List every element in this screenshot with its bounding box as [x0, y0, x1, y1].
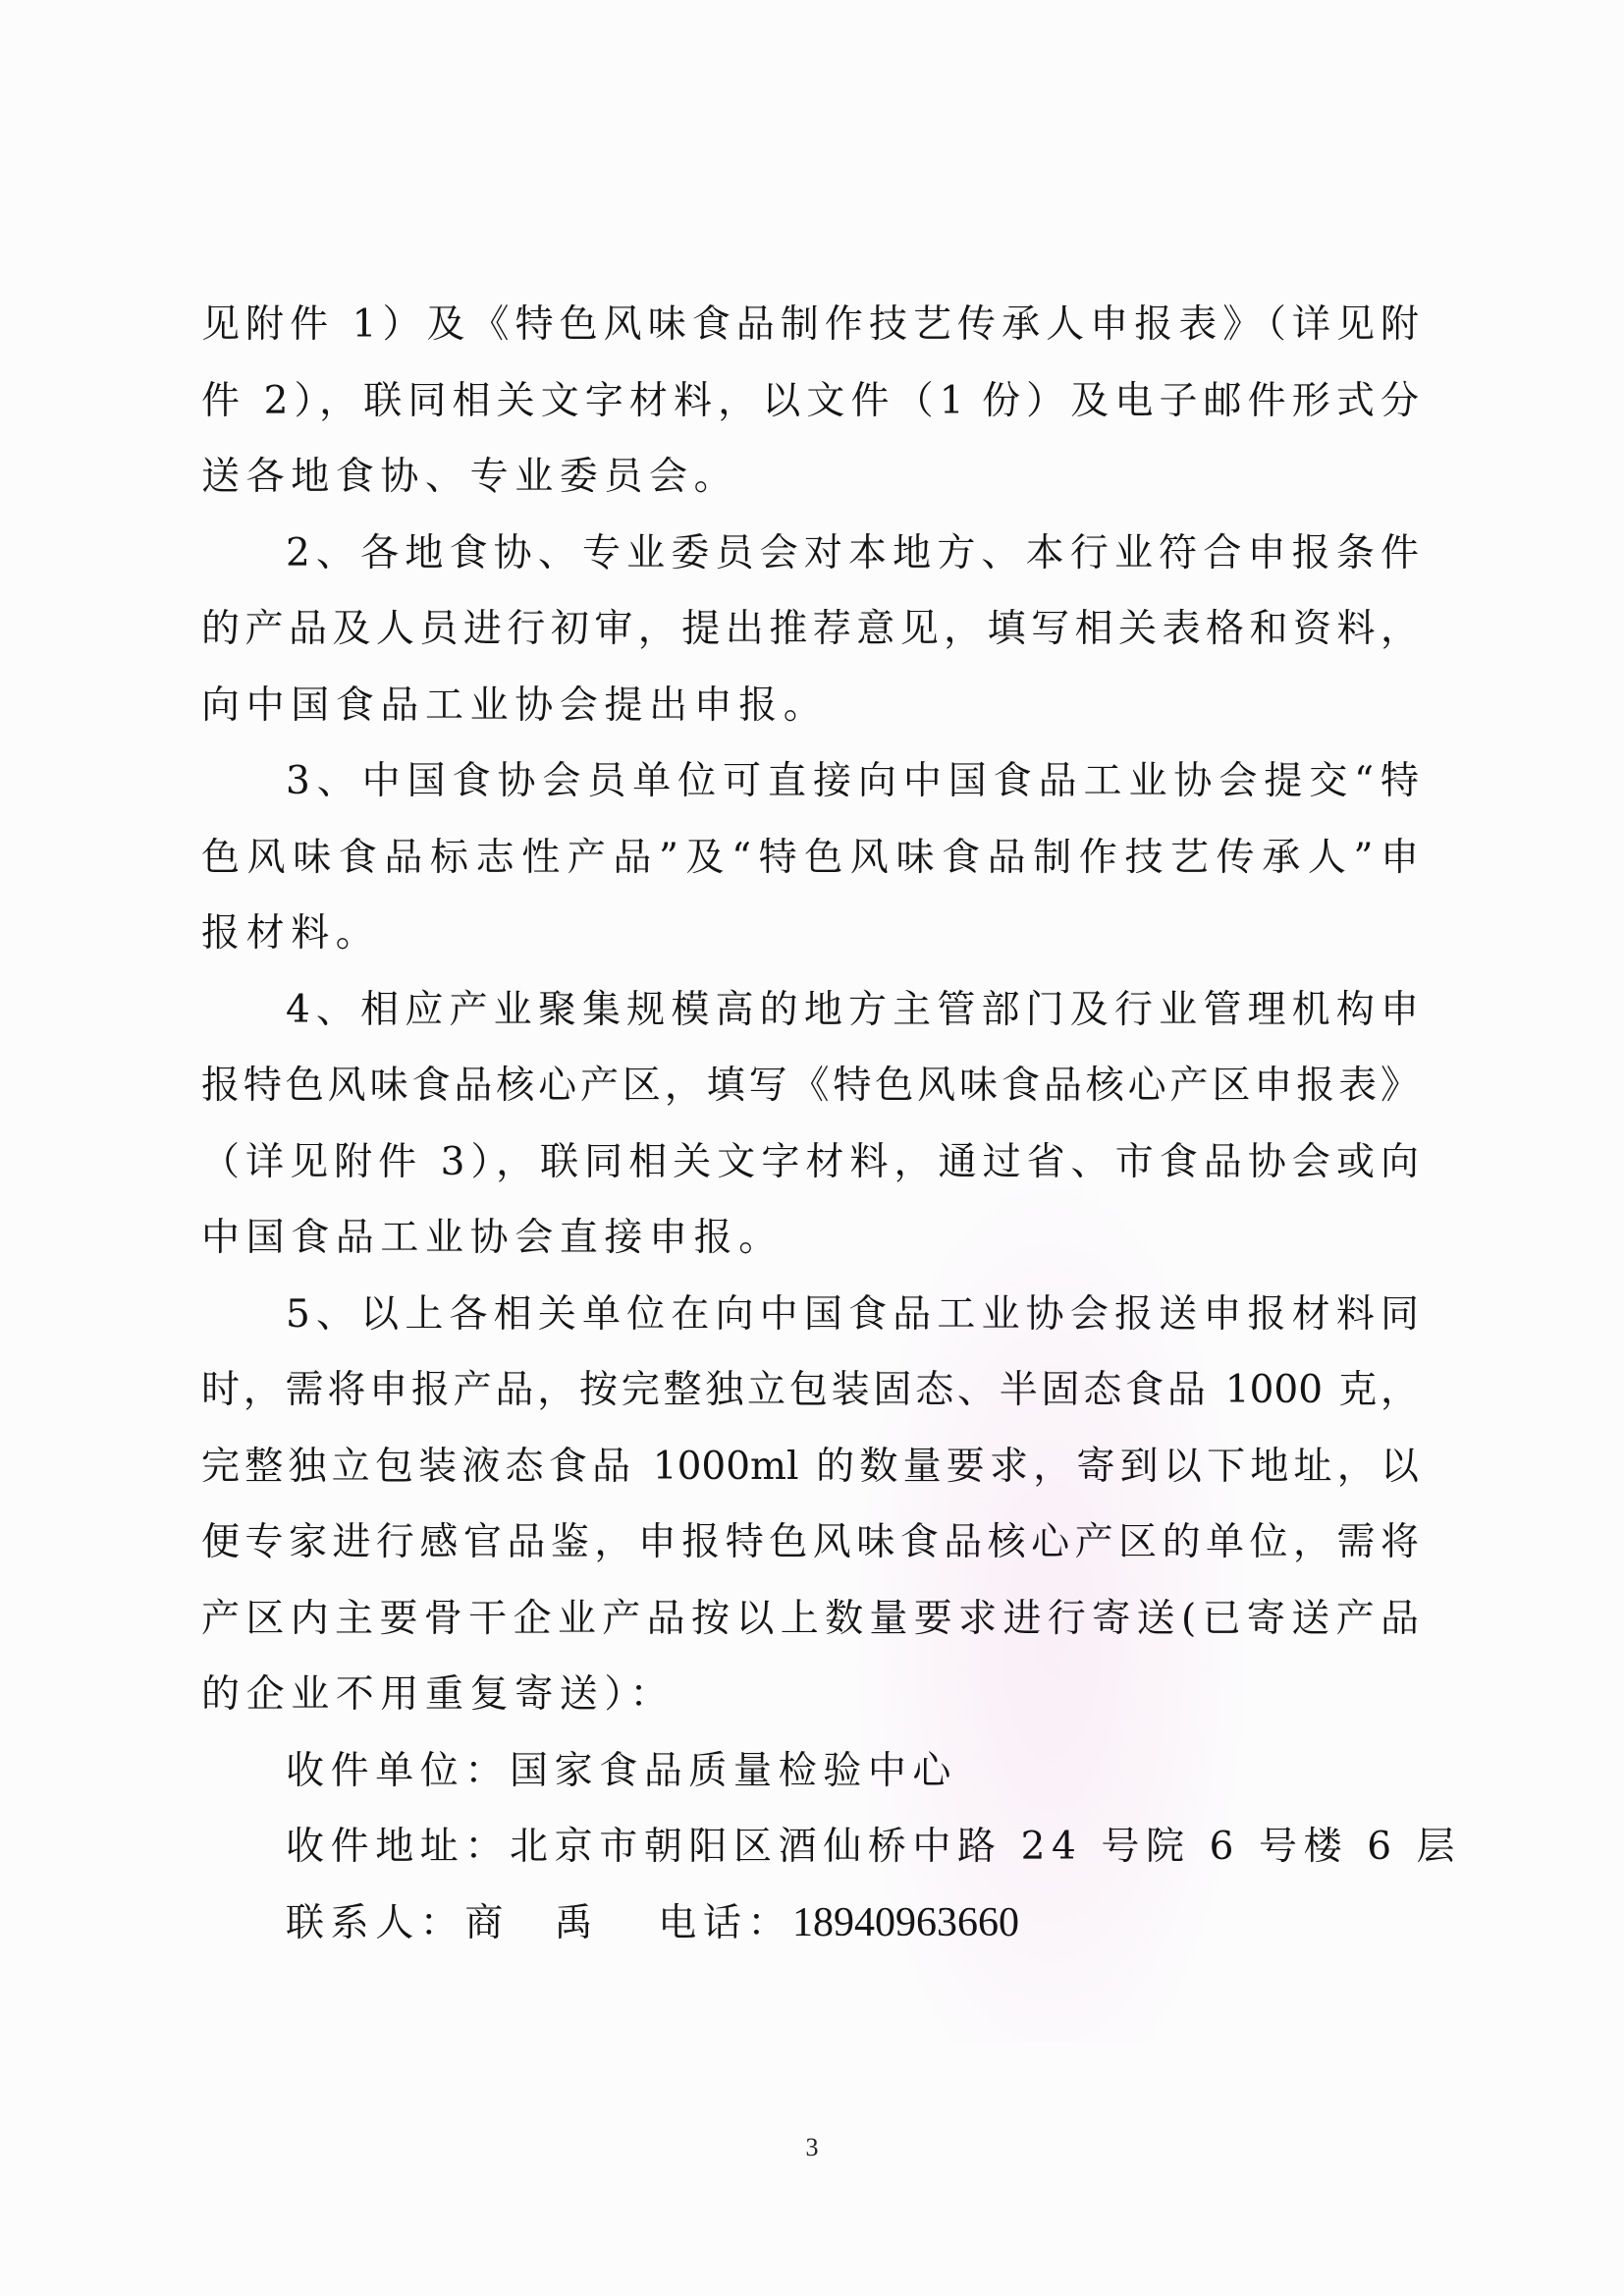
paragraph-line-item-4: 4、相应产业聚集规模高的地方主管部门及行业管理机构申 [201, 972, 1419, 1049]
paragraph-line-item-2: 2、各地食协、专业委员会对本地方、本行业符合申报条件 [201, 516, 1419, 592]
paragraph-line: 件 2），联同相关文字材料，以文件（1 份）及电子邮件形式分 [201, 363, 1419, 440]
paragraph-line: 的企业不用重复寄送）： [201, 1657, 1419, 1733]
paragraph-line: 报材料。 [201, 896, 1419, 972]
phone-label: 电话： [658, 1901, 792, 1945]
phone-value: 18940963660 [792, 1900, 1019, 1945]
paragraph-line: 时，需将申报产品，按完整独立包装固态、半固态食品 1000 克， [201, 1352, 1419, 1429]
paragraph-line: 见附件 1）及《特色风味食品制作技艺传承人申报表》（详见附 [201, 287, 1419, 363]
recipient-address: 收件地址：北京市朝阳区酒仙桥中路 24 号院 6 号楼 6 层 [201, 1809, 1419, 1886]
paragraph-line: （详见附件 3），联同相关文字材料，通过省、市食品协会或向 [201, 1124, 1419, 1201]
recipient-address-value: 北京市朝阳区酒仙桥中路 24 号院 6 号楼 6 层 [510, 1825, 1461, 1869]
paragraph-line: 完整独立包装液态食品 1000ml 的数量要求，寄到以下地址，以 [201, 1429, 1419, 1505]
paragraph-line: 便专家进行感官品鉴，申报特色风味食品核心产区的单位，需将 [201, 1504, 1419, 1581]
body-text: 见附件 1）及《特色风味食品制作技艺传承人申报表》（详见附 件 2），联同相关文… [201, 287, 1419, 1961]
recipient-unit-label: 收件单位： [286, 1749, 510, 1793]
paragraph-line: 报特色风味食品核心产区，填写《特色风味食品核心产区申报表》 [201, 1048, 1419, 1124]
paragraph-line: 送各地食协、专业委员会。 [201, 439, 1419, 516]
paragraph-line: 向中国食品工业协会提出申报。 [201, 668, 1419, 744]
recipient-address-label: 收件地址： [286, 1825, 510, 1869]
page-number: 3 [0, 2133, 1624, 2162]
recipient-unit: 收件单位：国家食品质量检验中心 [201, 1733, 1419, 1810]
recipient-contact: 联系人：商 禹电话：18940963660 [201, 1886, 1419, 1962]
paragraph-line-item-3: 3、中国食协会员单位可直接向中国食品工业协会提交“特 [201, 743, 1419, 820]
document-page: 见附件 1）及《特色风味食品制作技艺传承人申报表》（详见附 件 2），联同相关文… [0, 0, 1624, 2296]
paragraph-line: 色风味食品标志性产品”及“特色风味食品制作技艺传承人”申 [201, 820, 1419, 897]
paragraph-line-item-5: 5、以上各相关单位在向中国食品工业协会报送申报材料同 [201, 1277, 1419, 1353]
contact-label: 联系人： [286, 1901, 464, 1945]
paragraph-line: 中国食品工业协会直接申报。 [201, 1200, 1419, 1277]
recipient-unit-value: 国家食品质量检验中心 [510, 1749, 957, 1793]
contact-name: 商 禹 [464, 1901, 599, 1945]
paragraph-line: 产区内主要骨干企业产品按以上数量要求进行寄送(已寄送产品 [201, 1581, 1419, 1658]
paragraph-line: 的产品及人员进行初审，提出推荐意见，填写相关表格和资料， [201, 591, 1419, 668]
